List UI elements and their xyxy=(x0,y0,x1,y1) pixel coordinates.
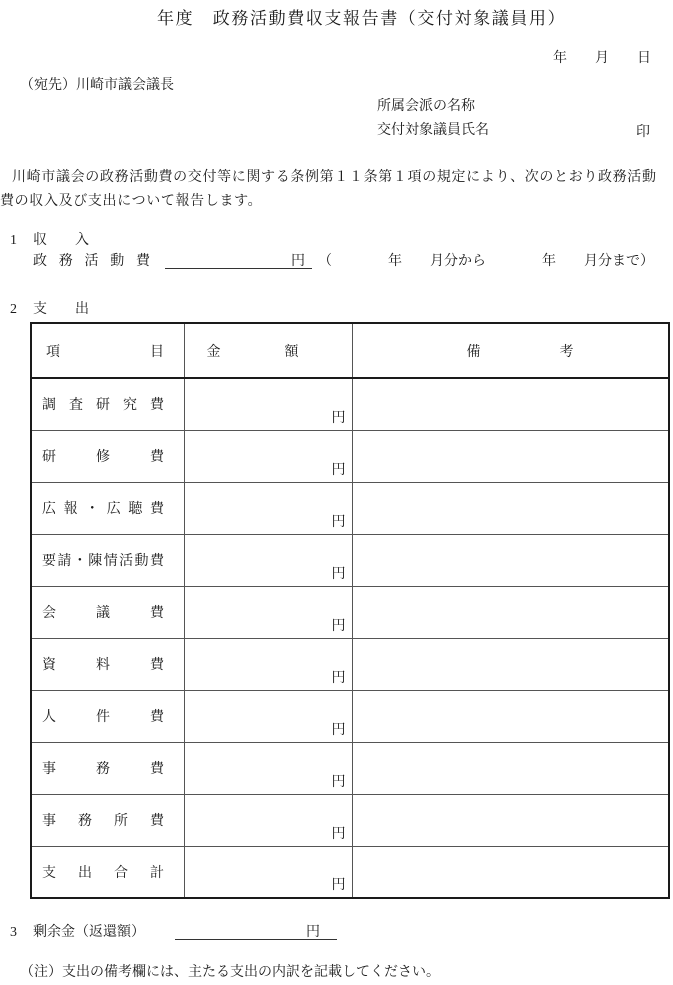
expense-total-label: 支出合計 xyxy=(42,862,164,882)
income-line: 政務活動費 円 （ 年 月分から 年 月分まで） xyxy=(33,250,654,270)
faction-name-label: 所属会派の名称 xyxy=(377,95,475,115)
expense-item-cell: 資料費 xyxy=(31,638,184,690)
expense-item-cell: 事務所費 xyxy=(31,794,184,846)
table-row: 資料費 円 xyxy=(31,638,669,690)
income-item-label: 政務活動費 xyxy=(33,250,150,270)
yen-unit-label: 円 xyxy=(332,667,346,687)
table-row: 研修費 円 xyxy=(31,430,669,482)
expense-amount-cell[interactable]: 円 xyxy=(184,378,352,430)
expense-item-cell: 人件費 xyxy=(31,690,184,742)
expense-item-label: 研修費 xyxy=(42,446,164,466)
surplus-label: 剰余金（返還額） xyxy=(33,921,145,941)
expense-section-heading: 2 支 出 xyxy=(10,298,89,318)
income-section-number: 1 xyxy=(10,233,17,249)
income-unit-label: 円 xyxy=(291,254,305,269)
table-row: 要請・陳情活動費 円 xyxy=(31,534,669,586)
table-row: 会議費 円 xyxy=(31,586,669,638)
expense-amount-cell[interactable]: 円 xyxy=(184,742,352,794)
income-section-title: 収 入 xyxy=(33,229,89,249)
expense-amount-cell[interactable]: 円 xyxy=(184,482,352,534)
expense-amount-cell[interactable]: 円 xyxy=(184,586,352,638)
yen-unit-label: 円 xyxy=(332,511,346,531)
expense-section-title: 支 出 xyxy=(33,298,89,318)
table-row: 事務費 円 xyxy=(31,742,669,794)
expense-remarks-cell[interactable] xyxy=(352,378,669,430)
expense-amount-cell[interactable]: 円 xyxy=(184,690,352,742)
expense-item-cell: 広報・広聴費 xyxy=(31,482,184,534)
expense-item-label: 調査研究費 xyxy=(42,394,164,414)
expense-item-label: 会議費 xyxy=(42,602,164,622)
expense-section-number: 2 xyxy=(10,302,17,318)
expense-item-cell: 調査研究費 xyxy=(31,378,184,430)
income-section-heading: 1 収 入 xyxy=(10,229,89,249)
expense-item-label: 事務費 xyxy=(42,758,164,778)
expense-remarks-cell[interactable] xyxy=(352,482,669,534)
expense-remarks-cell[interactable] xyxy=(352,638,669,690)
expense-remarks-cell[interactable] xyxy=(352,690,669,742)
yen-unit-label: 円 xyxy=(332,823,346,843)
income-amount-field[interactable]: 円 xyxy=(165,250,312,269)
expense-item-label: 広報・広聴費 xyxy=(42,498,164,518)
expense-amount-cell[interactable]: 円 xyxy=(184,534,352,586)
footnote: （注）支出の備考欄には、主たる支出の内訳を記載してください。 xyxy=(20,961,440,981)
table-row: 人件費 円 xyxy=(31,690,669,742)
date-field[interactable]: 年 月 日 xyxy=(553,47,651,67)
expense-item-label: 事務所費 xyxy=(42,810,164,830)
expense-item-label: 人件費 xyxy=(42,706,164,726)
expense-item-cell: 要請・陳情活動費 xyxy=(31,534,184,586)
yen-unit-label: 円 xyxy=(332,615,346,635)
table-row-total: 支出合計 円 xyxy=(31,846,669,898)
seal-mark: 印 xyxy=(636,121,650,141)
addressee-line: （宛先）川崎市議会議長 xyxy=(20,74,174,94)
table-row: 調査研究費 円 xyxy=(31,378,669,430)
page-title: 年度 政務活動費収支報告書（交付対象議員用） xyxy=(157,4,566,29)
yen-unit-label: 円 xyxy=(332,459,346,479)
report-form-page: 年度 政務活動費収支報告書（交付対象議員用） 年 月 日 （宛先）川崎市議会議長… xyxy=(0,0,673,985)
table-row: 広報・広聴費 円 xyxy=(31,482,669,534)
expense-remarks-cell[interactable] xyxy=(352,794,669,846)
expense-amount-cell[interactable]: 円 xyxy=(184,794,352,846)
expense-remarks-cell[interactable] xyxy=(352,430,669,482)
expense-remarks-cell[interactable] xyxy=(352,742,669,794)
expense-remarks-cell[interactable] xyxy=(352,846,669,898)
expense-item-cell: 支出合計 xyxy=(31,846,184,898)
expense-amount-cell[interactable]: 円 xyxy=(184,430,352,482)
column-header-amount: 金額 xyxy=(184,323,352,378)
yen-unit-label: 円 xyxy=(332,771,346,791)
surplus-line: 3 剰余金（返還額） 円 xyxy=(10,921,337,941)
yen-unit-label: 円 xyxy=(332,874,346,894)
column-header-remarks: 備考 xyxy=(352,323,669,378)
body-paragraph: 川崎市議会の政務活動費の交付等に関する条例第１１条第１項の規定により、次のとおり… xyxy=(0,166,662,214)
yen-unit-label: 円 xyxy=(332,407,346,427)
expense-item-cell: 会議費 xyxy=(31,586,184,638)
expense-amount-cell[interactable]: 円 xyxy=(184,846,352,898)
expense-item-label: 資料費 xyxy=(42,654,164,674)
expense-remarks-cell[interactable] xyxy=(352,534,669,586)
expense-item-cell: 事務費 xyxy=(31,742,184,794)
table-row: 事務所費 円 xyxy=(31,794,669,846)
expense-table: 項目 金額 備考 調査研究費 円 研修費 円 広報・広聴費 円 要請・ xyxy=(30,322,670,899)
column-header-item: 項目 xyxy=(31,323,184,378)
table-header-row: 項目 金額 備考 xyxy=(31,323,669,378)
surplus-unit-label: 円 xyxy=(306,925,320,940)
expense-remarks-cell[interactable] xyxy=(352,586,669,638)
surplus-section-number: 3 xyxy=(10,925,17,941)
expense-item-cell: 研修費 xyxy=(31,430,184,482)
expense-item-label: 要請・陳情活動費 xyxy=(42,550,164,570)
expense-amount-cell[interactable]: 円 xyxy=(184,638,352,690)
member-name-label: 交付対象議員氏名 xyxy=(377,119,489,139)
income-period-label: （ 年 月分から 年 月分まで） xyxy=(318,250,654,270)
surplus-amount-field[interactable]: 円 xyxy=(175,921,337,940)
yen-unit-label: 円 xyxy=(332,563,346,583)
yen-unit-label: 円 xyxy=(332,719,346,739)
